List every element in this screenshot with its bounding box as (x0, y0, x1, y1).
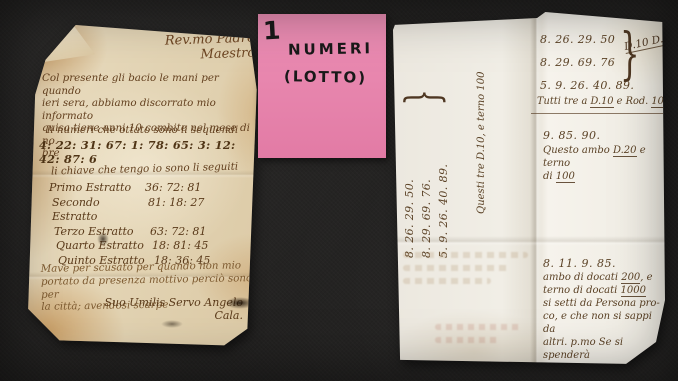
photo-scene: Rev.mo Padre Maestro Col presente gli ba… (0, 0, 678, 381)
rotated-number-line: 8. 26. 29. 50. (401, 26, 418, 258)
note-text: , e (640, 272, 652, 283)
bleed-row (403, 265, 511, 271)
right-letter-paper: 8. 26. 29. 50. 8. 29. 69. 76. 5. 9. 26. … (393, 8, 665, 366)
summary-underlined-value: D.10 (590, 96, 613, 108)
estratto-row: Primo Estratto 36: 72: 81 (49, 181, 251, 196)
rotated-annotation: Questi tre D.10, e terno 100 (476, 26, 487, 214)
estratto-values: 36: 72: 81 (145, 181, 201, 196)
bleed-row (435, 337, 501, 343)
note-text: di (543, 171, 556, 182)
right-letter-surface: 8. 26. 29. 50. 8. 29. 69. 76. 5. 9. 26. … (393, 8, 665, 366)
note-line: Questo ambo D.20 e terno (543, 144, 661, 170)
signature-line: Suo Umilis Servo Angelo Cala. (97, 296, 243, 322)
note-underlined-value: 100 (556, 171, 575, 183)
bleed-row (435, 324, 523, 330)
ink-blot (97, 232, 109, 246)
note-line: si setti da Persona pro- (543, 297, 663, 310)
estratto-row: Quarto Estratto 18: 81: 45 (56, 239, 251, 254)
body-line: ieri sera, abbiamo discorrato mio inform… (42, 97, 255, 122)
note-text: terno di docati (543, 285, 621, 296)
brace-glyph: } (395, 89, 449, 105)
note-line: s. C. (543, 362, 663, 375)
left-letter-paper: Rev.mo Padre Maestro Col presente gli ba… (27, 20, 259, 352)
number-group-2: 9. 85. 90. (543, 129, 600, 142)
folded-corner (37, 23, 95, 63)
note-line: co, e che non si sappi da (543, 310, 663, 336)
rotated-number-line: 5. 9. 26. 40. 89. (435, 26, 452, 258)
estratto-values: 18: 81: 45 (152, 239, 208, 254)
group-1-summary: Tutti tre a D.10 e Rod. 100 (537, 96, 670, 107)
body-line: Col presente gli bacio le mani per quand… (42, 72, 255, 97)
ink-blot (161, 320, 183, 328)
estratto-row: Terzo Estratto 63: 72: 81 (54, 225, 251, 240)
note-text: Questo ambo (543, 145, 613, 156)
bleed-row (403, 278, 491, 284)
numbers-intro-line: li numeri che ottato sono li sequendi (47, 124, 238, 136)
estratto-label: Primo Estratto (49, 181, 145, 196)
summary-text: e Rod. (614, 96, 652, 107)
left-letter-surface: Rev.mo Padre Maestro Col presente gli ba… (27, 20, 259, 352)
pink-label-note: 1 NUMERI (LOTTO) (258, 14, 386, 158)
estratti-list: Primo Estratto 36: 72: 81 Secondo Estrat… (49, 181, 251, 268)
summary-underlined-value: 100 (651, 96, 670, 108)
label-number: 1 (262, 16, 281, 46)
estratto-label: Secondo Estratto (52, 196, 148, 225)
brace-glyph: } (620, 22, 640, 87)
ink-blot (225, 297, 255, 309)
note-underlined-value: 1000 (621, 285, 646, 297)
group-3-note: ambo di docati 200, e terno di docati 10… (543, 271, 663, 375)
number-group-3: 8. 11. 9. 85. (543, 257, 616, 270)
note-underlined-value: D.20 (613, 145, 637, 157)
estratto-values: 81: 18: 27 (148, 196, 204, 225)
rotated-numbers-column: 8. 26. 29. 50. 8. 29. 69. 76. 5. 9. 26. … (401, 26, 487, 258)
salutation-line: Rev.mo Padre Maestro (113, 31, 256, 66)
note-line: terno di docati 1000 (543, 284, 663, 297)
rotated-number-line: 8. 29. 69. 76. (418, 26, 435, 258)
rotated-number-rows: 8. 26. 29. 50. 8. 29. 69. 76. 5. 9. 26. … (401, 26, 452, 258)
note-line: ambo di docati 200, e (543, 271, 663, 284)
label-title-line2: (LOTTO) (284, 67, 367, 86)
note-text: ambo di docati (543, 272, 621, 283)
ink-bleedthrough (435, 324, 523, 350)
estratto-row: Secondo Estratto 81: 18: 27 (52, 196, 251, 225)
note-line: altri. p.mo Se si spenderà (543, 336, 663, 362)
group-2-note: Questo ambo D.20 e terno di 100 (543, 144, 661, 183)
label-title-line1: NUMERI (288, 39, 373, 58)
note-underlined-value: 200 (621, 272, 640, 284)
summary-text: Tutti tre a (537, 96, 590, 107)
note-line: di 100 (543, 170, 661, 183)
ink-divider-rule (531, 113, 663, 114)
estratto-values: 63: 72: 81 (150, 225, 206, 240)
